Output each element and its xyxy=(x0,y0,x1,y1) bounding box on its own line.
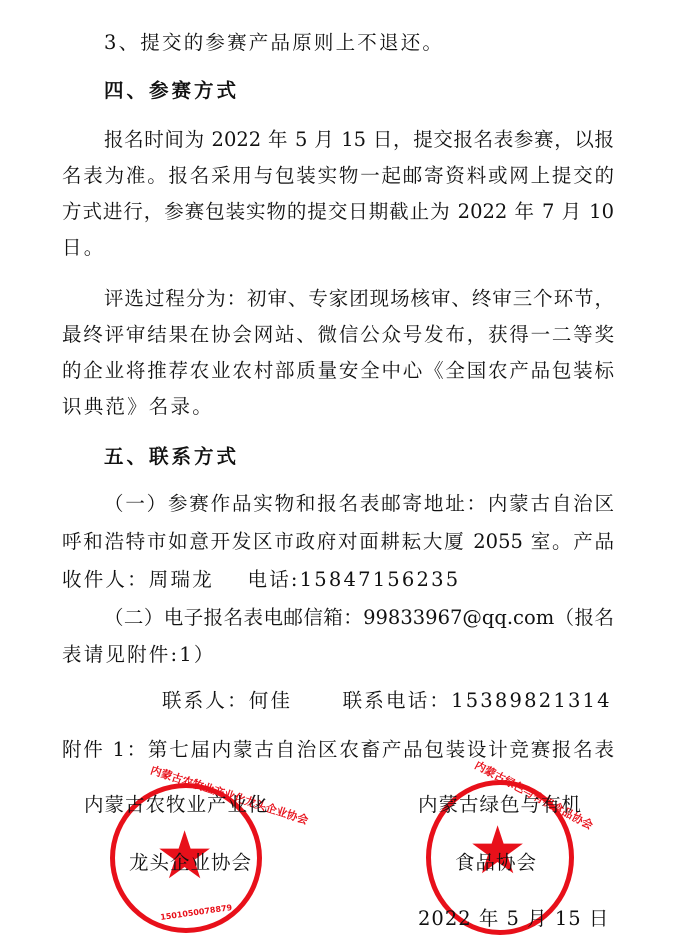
section-4-para1-line-2: 名表为准。报名采用与包装实物一起邮寄资料或网上提交的 xyxy=(62,163,614,189)
section-5-item1-line-3: 收件人：周瑞龙 电话:15847156235 xyxy=(62,567,614,593)
attachment-line: 附件 1：第七届内蒙古自治区农畜产品包装设计竞赛报名表 xyxy=(62,737,614,763)
section-4-para2-line-2: 最终评审结果在协会网站、微信公众号发布，获得一二等奖 xyxy=(62,322,614,348)
section-4-para2-line-3: 的企业将推荐农业农村部质量安全中心《全国农产品包装标 xyxy=(62,358,614,384)
section-4-para1-line-1: 报名时间为 2022 年 5 月 15 日，提交报名表参赛，以报 xyxy=(104,127,614,153)
section-4-para1-line-3: 方式进行，参赛包装实物的提交日期截止为 2022 年 7 月 10 xyxy=(62,199,614,225)
section-5-heading: 五、联系方式 xyxy=(104,444,614,470)
left-org-line-2: 龙头企业协会 xyxy=(129,850,252,876)
section-4-para2-line-1: 评选过程分为：初审、专家团现场核审、终审三个环节， xyxy=(104,286,614,312)
section-4-heading: 四、参赛方式 xyxy=(104,78,614,104)
right-org-line-1: 内蒙古绿色与有机 xyxy=(418,792,582,818)
contact-line: 联系人：何佳 联系电话：15389821314 xyxy=(162,688,582,714)
section-4-para2-line-4: 识典范》名录。 xyxy=(62,394,614,420)
section-4-para1-line-4: 日。 xyxy=(62,235,614,261)
section-5-item1-line-1: （一）参赛作品实物和报名表邮寄地址：内蒙古自治区 xyxy=(104,491,614,517)
section-5-item1-line-2: 呼和浩特市如意开发区市政府对面耕耘大厦 2055 室。产品 xyxy=(62,529,614,555)
section-5-item2-line-1: （二）电子报名表电邮信箱：99833967@qq.com（报名 xyxy=(104,605,614,631)
left-org-line-1: 内蒙古农牧业产业化 xyxy=(84,792,269,818)
item-3-text: 3、提交的参赛产品原则上不退还。 xyxy=(104,30,614,56)
section-5-item2-line-2: 表请见附件:1） xyxy=(62,642,614,668)
signature-date: 2022 年 5 月 15 日 xyxy=(418,906,609,932)
right-org-line-2: 食品协会 xyxy=(455,850,537,876)
